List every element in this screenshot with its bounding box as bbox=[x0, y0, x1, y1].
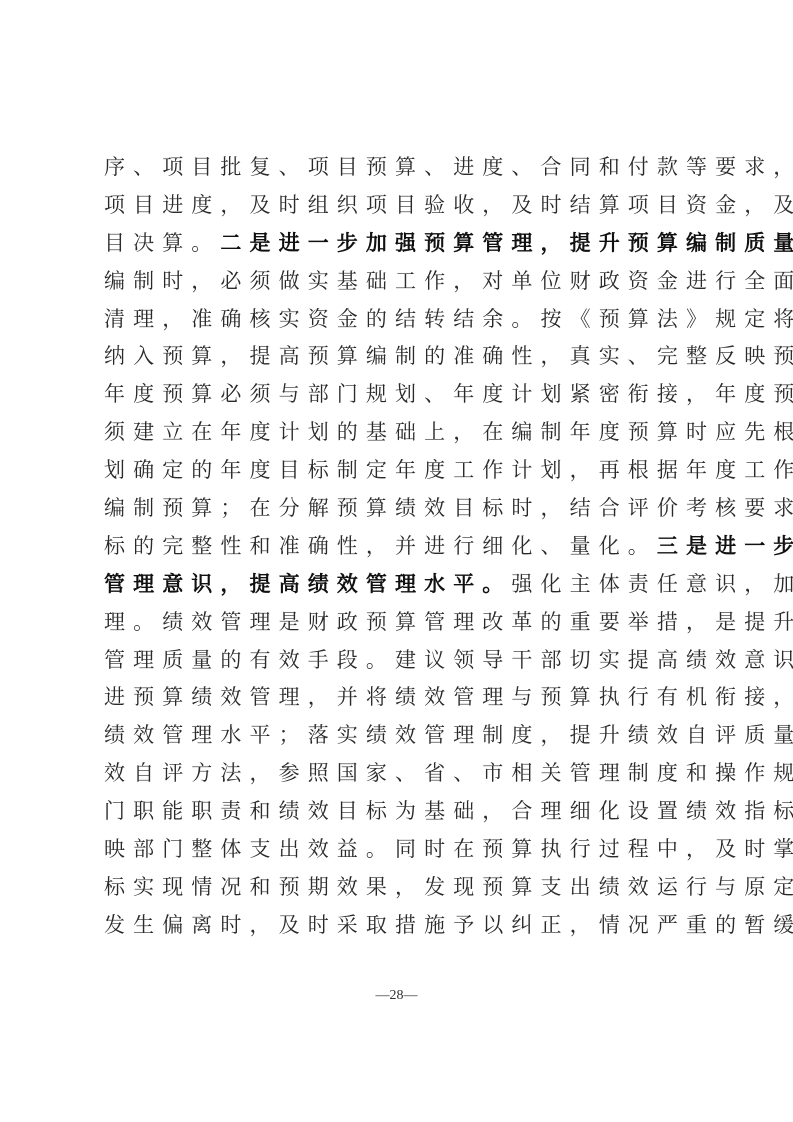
document-page: 序、项目批复、项目预算、进度、合同和付款等要求，切实督抓项目进度，及时组织项目验… bbox=[0, 0, 793, 1122]
body-text-segment: 门职能职责和绩效目标为基础，合理细化设置绩效指标，全面反 bbox=[104, 799, 793, 823]
bold-heading-text: 三是进一步加强绩效 bbox=[657, 534, 793, 558]
text-line: 发生偏离时，及时采取措施予以纠正，情况严重的暂缓或停止项 bbox=[104, 907, 694, 945]
body-text-segment: 映部门整体支出效益。同时在预算执行过程中，及时掌握绩效目 bbox=[104, 837, 793, 861]
text-line: 效自评方法，参照国家、省、市相关管理制度和操作规程，以部 bbox=[104, 755, 694, 793]
text-line: 序、项目批复、项目预算、进度、合同和付款等要求，切实督抓 bbox=[104, 149, 694, 187]
text-line: 纳入预算，提高预算编制的准确性，真实、完整反映预算情况； bbox=[104, 338, 694, 376]
body-text-segment: 标实现情况和预期效果，发现预算支出绩效运行与原定绩效目标 bbox=[104, 875, 793, 899]
body-text-segment: 划确定的年度目标制定年度工作计划，再根据年度工作计划任务 bbox=[104, 458, 793, 482]
body-text-segment: 发生偏离时，及时采取措施予以纠正，情况严重的暂缓或停止项 bbox=[104, 913, 793, 937]
text-line: 映部门整体支出效益。同时在预算执行过程中，及时掌握绩效目 bbox=[104, 831, 694, 869]
text-line: 须建立在年度计划的基础上，在编制年度预算时应先根据部门规 bbox=[104, 414, 694, 452]
body-text-segment: 管理质量的有效手段。建议领导干部切实提高绩效意识，积极推 bbox=[104, 648, 793, 672]
body-text-segment: 清理，准确核实资金的结转结余。按《预算法》规定将所有资金 bbox=[104, 307, 793, 331]
body-text-segment: 绩效管理水平；落实绩效管理制度，提升绩效自评质量。优化绩 bbox=[104, 723, 793, 747]
text-line: 编制时，必须做实基础工作，对单位财政资金进行全面、彻底的 bbox=[104, 263, 694, 301]
text-line: 清理，准确核实资金的结转结余。按《预算法》规定将所有资金 bbox=[104, 301, 694, 339]
bold-heading-text: 二是进一步加强预算管理，提升预算编制质量。 bbox=[220, 231, 793, 255]
page-number: —28— bbox=[0, 988, 793, 1004]
body-text-segment: 须建立在年度计划的基础上，在编制年度预算时应先根据部门规 bbox=[104, 420, 793, 444]
text-line: 管理意识，提高绩效管理水平。强化主体责任意识，加强绩效管 bbox=[104, 566, 694, 604]
body-text-segment: 目决算。 bbox=[104, 231, 220, 255]
body-text-segment: 强化主体责任意识，加强绩效管 bbox=[511, 572, 793, 596]
body-text-segment: 纳入预算，提高预算编制的准确性，真实、完整反映预算情况； bbox=[104, 344, 793, 368]
text-line: 门职能职责和绩效目标为基础，合理细化设置绩效指标，全面反 bbox=[104, 793, 694, 831]
body-text-segment: 标的完整性和准确性，并进行细化、量化。 bbox=[104, 534, 657, 558]
body-text-segment: 编制时，必须做实基础工作，对单位财政资金进行全面、彻底的 bbox=[104, 269, 793, 293]
text-line: 理。绩效管理是财政预算管理改革的重要举措，是提升部门预算 bbox=[104, 604, 694, 642]
body-text-segment: 编制预算；在分解预算绩效目标时，结合评价考核要求，确保指 bbox=[104, 496, 793, 520]
body-text-segment: 效自评方法，参照国家、省、市相关管理制度和操作规程，以部 bbox=[104, 761, 793, 785]
body-text-segment: 项目进度，及时组织项目验收，及时结算项目资金，及时办理项 bbox=[104, 193, 793, 217]
body-text-segment: 序、项目批复、项目预算、进度、合同和付款等要求，切实督抓 bbox=[104, 155, 793, 179]
text-line: 划确定的年度目标制定年度工作计划，再根据年度工作计划任务 bbox=[104, 452, 694, 490]
body-text-segment: 进预算绩效管理，并将绩效管理与预算执行有机衔接，提高部门 bbox=[104, 685, 793, 709]
text-line: 项目进度，及时组织项目验收，及时结算项目资金，及时办理项 bbox=[104, 187, 694, 225]
text-line: 标的完整性和准确性，并进行细化、量化。三是进一步加强绩效 bbox=[104, 528, 694, 566]
bold-heading-text: 管理意识，提高绩效管理水平。 bbox=[104, 572, 511, 596]
text-line: 编制预算；在分解预算绩效目标时，结合评价考核要求，确保指 bbox=[104, 490, 694, 528]
text-line: 绩效管理水平；落实绩效管理制度，提升绩效自评质量。优化绩 bbox=[104, 717, 694, 755]
text-line: 标实现情况和预期效果，发现预算支出绩效运行与原定绩效目标 bbox=[104, 869, 694, 907]
text-line: 管理质量的有效手段。建议领导干部切实提高绩效意识，积极推 bbox=[104, 642, 694, 680]
text-line: 目决算。二是进一步加强预算管理，提升预算编制质量。在预算 bbox=[104, 225, 694, 263]
body-text-segment: 年度预算必须与部门规划、年度计划紧密衔接，年度预算编报必 bbox=[104, 382, 793, 406]
body-paragraph: 序、项目批复、项目预算、进度、合同和付款等要求，切实督抓项目进度，及时组织项目验… bbox=[104, 149, 694, 945]
text-line: 进预算绩效管理，并将绩效管理与预算执行有机衔接，提高部门 bbox=[104, 679, 694, 717]
text-line: 年度预算必须与部门规划、年度计划紧密衔接，年度预算编报必 bbox=[104, 376, 694, 414]
body-text-segment: 理。绩效管理是财政预算管理改革的重要举措，是提升部门预算 bbox=[104, 610, 793, 634]
